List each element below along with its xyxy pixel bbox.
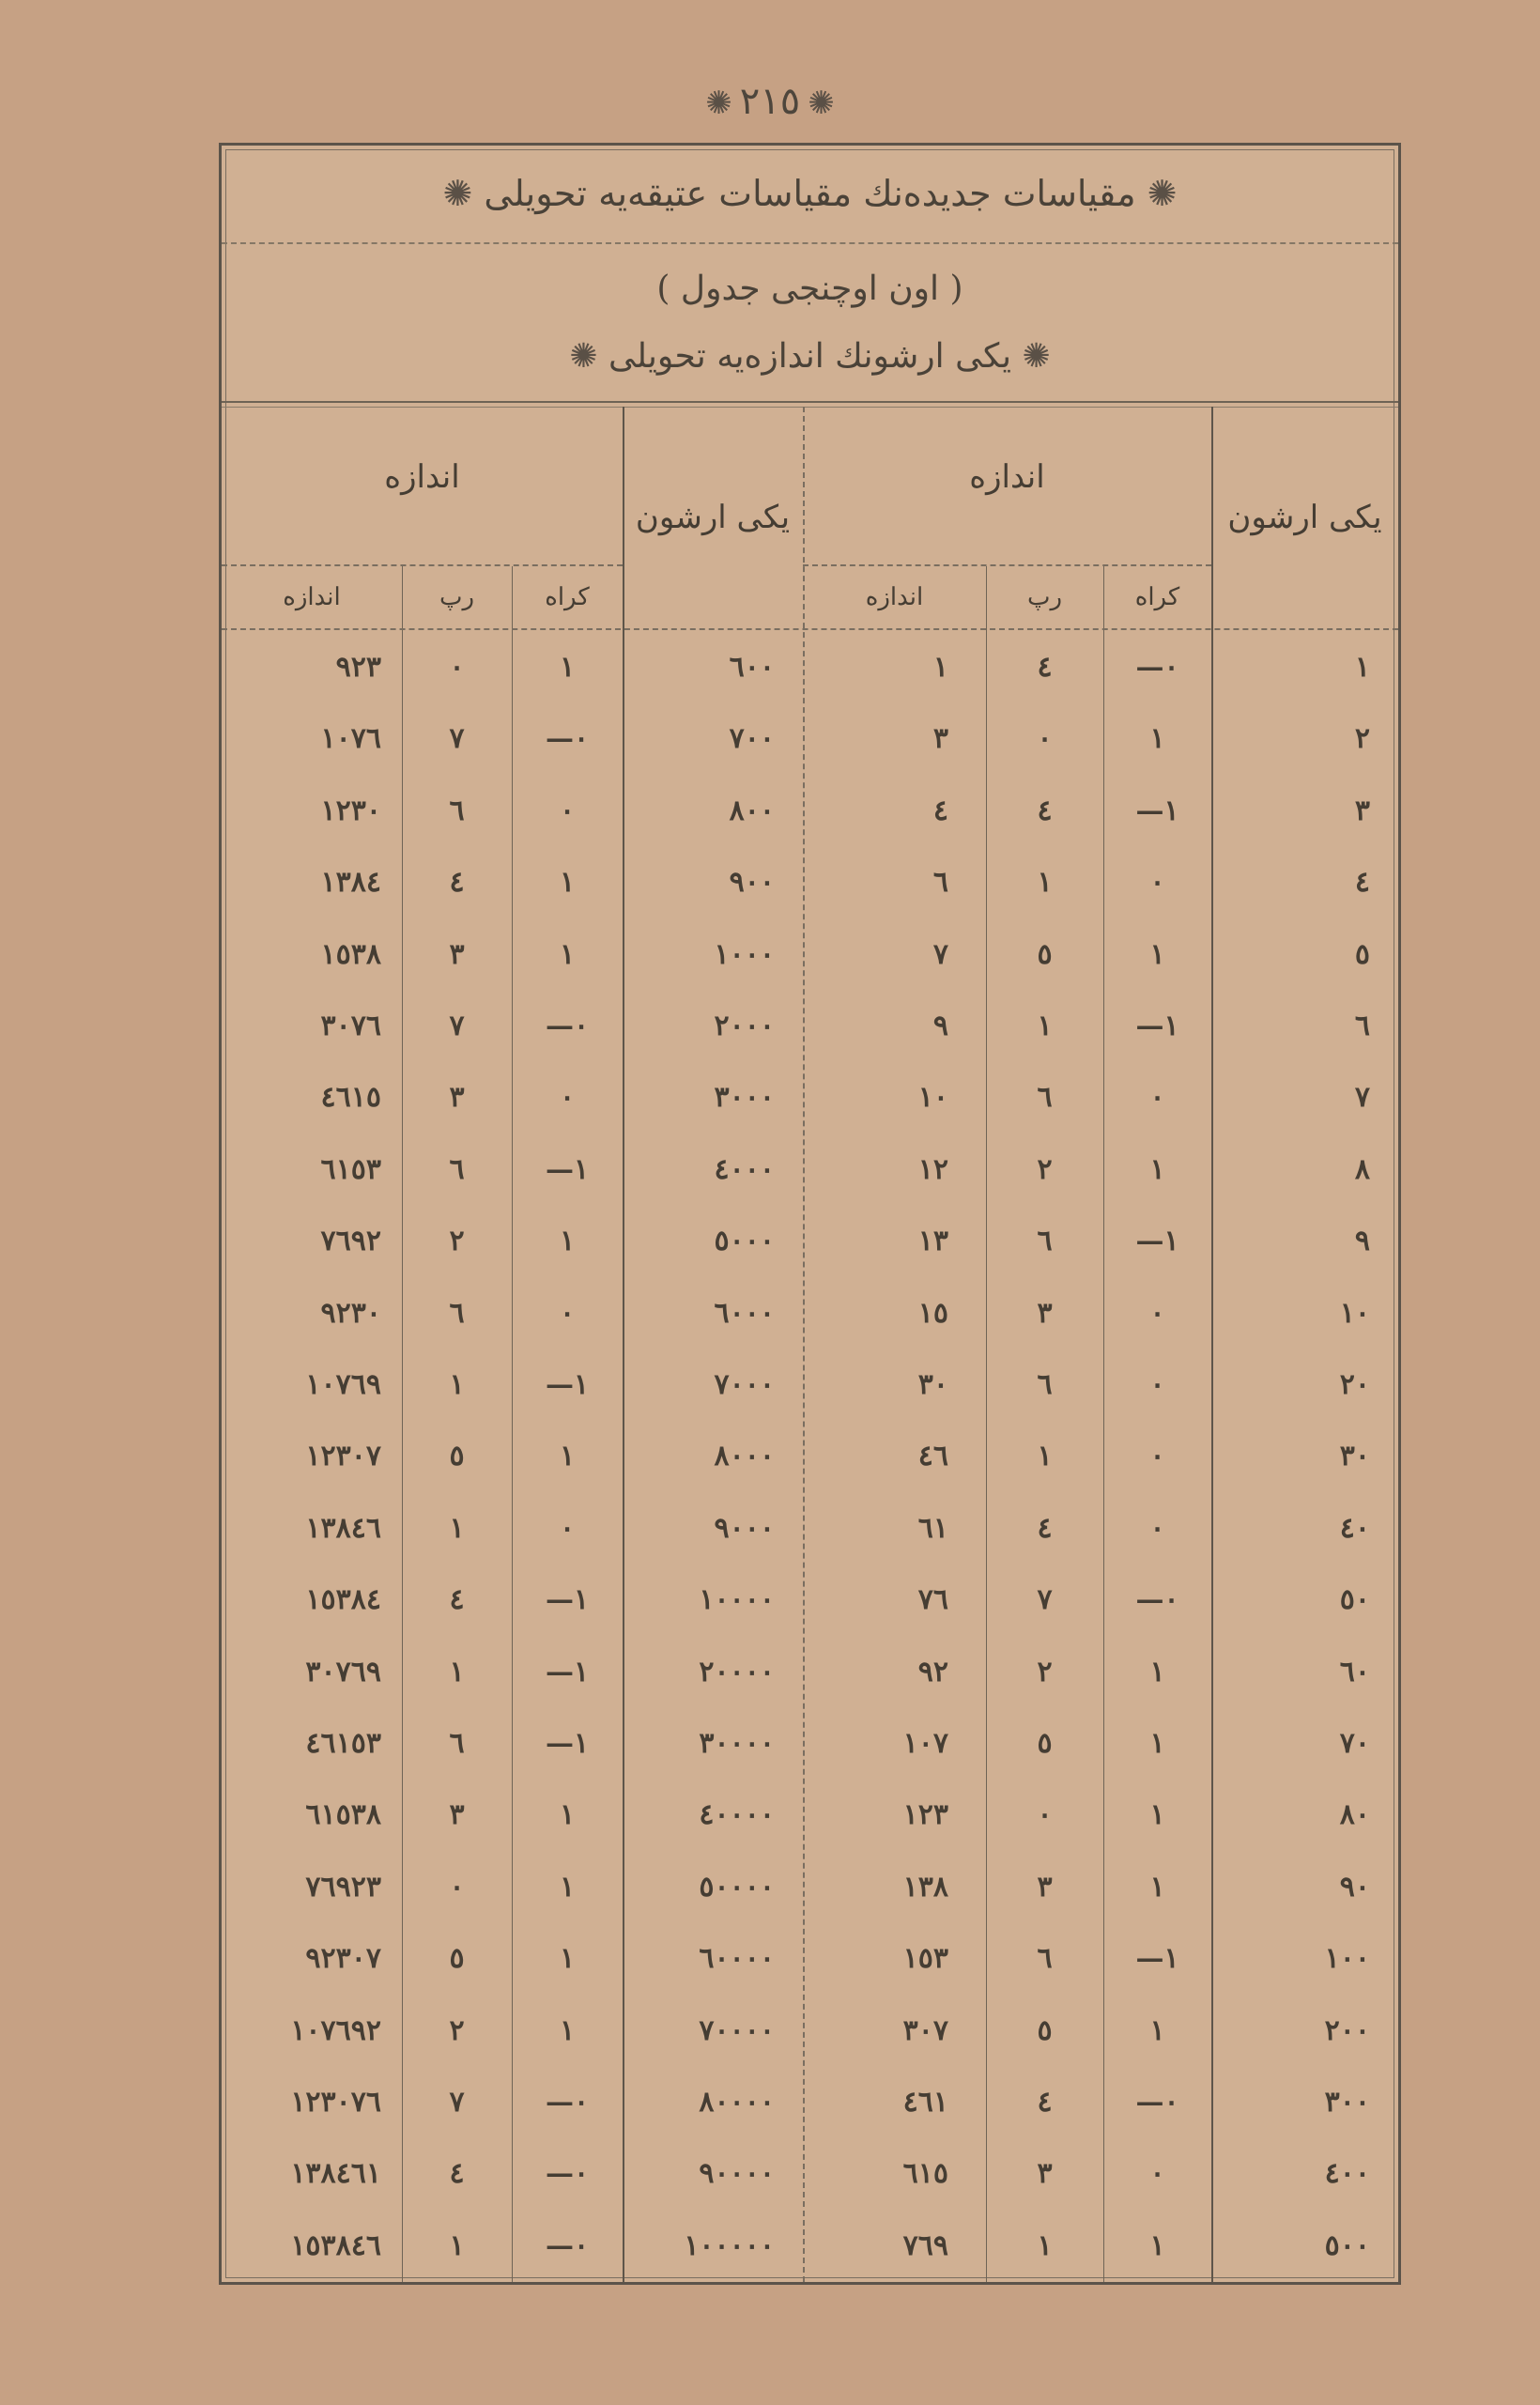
cell-l-rup: ٣ xyxy=(402,1062,512,1133)
cell-r-key: ٢٠ xyxy=(1221,1349,1370,1421)
cell-l-endaze: ٩٢٣ xyxy=(231,632,381,703)
header-arshun-right: يكى ارشون xyxy=(1211,407,1398,628)
cell-r-kerah: ١ xyxy=(1103,1708,1211,1780)
cell-l-endaze: ١٥٣٨٤ xyxy=(231,1565,381,1636)
cell-r-key: ٥ xyxy=(1221,919,1370,991)
cell-r-key: ٣٠ xyxy=(1221,1421,1370,1492)
cell-r-kerah: ١— xyxy=(1103,1206,1211,1277)
column-divider xyxy=(803,407,805,2282)
cell-r-rup: ٣ xyxy=(986,1852,1103,1923)
cell-l-key: ٣٠٠٠٠ xyxy=(636,1708,775,1780)
cell-r-rup: ٣ xyxy=(986,1278,1103,1349)
cell-r-kerah: ٠ xyxy=(1103,1278,1211,1349)
cell-r-kerah: ٠ xyxy=(1103,1349,1211,1421)
cell-l-kerah: ١ xyxy=(512,1923,623,1995)
cell-r-kerah: ١ xyxy=(1103,1637,1211,1708)
ornament-icon: ✺ xyxy=(705,85,732,122)
cell-l-kerah: ١ xyxy=(512,632,623,703)
cell-r-rup: ٠ xyxy=(986,1780,1103,1851)
cell-r-rup: ٥ xyxy=(986,1996,1103,2067)
cell-l-key: ٤٠٠٠٠ xyxy=(636,1780,775,1851)
cell-r-rup: ٤ xyxy=(986,632,1103,703)
cell-l-key: ٨٠٠ xyxy=(636,776,775,847)
page-number-value: ٢١٥ xyxy=(740,80,800,123)
cell-r-kerah: ٠— xyxy=(1103,632,1211,703)
cell-l-key: ٩٠٠٠٠ xyxy=(636,2138,775,2210)
cell-r-rup: ٠ xyxy=(986,703,1103,775)
cell-l-endaze: ٧٦٩٢٣ xyxy=(231,1852,381,1923)
cell-l-endaze: ٦١٥٣٨ xyxy=(231,1780,381,1851)
ornament-icon: ✺ xyxy=(1022,337,1050,376)
column-divider xyxy=(1211,407,1213,2282)
cell-r-kerah: ٠ xyxy=(1103,2138,1211,2210)
cell-r-kerah: ٠ xyxy=(1103,1421,1211,1492)
cell-r-endaze: ١٠٧ xyxy=(812,1708,948,1780)
cell-l-kerah: ٠— xyxy=(512,991,623,1062)
cell-l-key: ١٠٠٠٠٠ xyxy=(636,2211,775,2282)
cell-r-endaze: ١٣٨ xyxy=(812,1852,948,1923)
cell-l-endaze: ١٠٧٦ xyxy=(231,703,381,775)
cell-r-endaze: ١ xyxy=(812,632,948,703)
cell-l-kerah: ٠ xyxy=(512,1493,623,1565)
cell-l-kerah: ١ xyxy=(512,1206,623,1277)
cell-r-key: ٦٠ xyxy=(1221,1637,1370,1708)
table-title-text: يكى ارشونك اندازه‌يه تحويلى xyxy=(608,337,1011,376)
cell-r-endaze: ١٥٣ xyxy=(812,1923,948,1995)
cell-r-key: ٩ xyxy=(1221,1206,1370,1277)
subheader-kerah-left: كراه xyxy=(512,566,623,628)
cell-l-rup: ٧ xyxy=(402,991,512,1062)
column-header-divider xyxy=(222,628,1398,630)
cell-l-kerah: ١ xyxy=(512,1852,623,1923)
cell-l-endaze: ٧٦٩٢ xyxy=(231,1206,381,1277)
cell-r-rup: ٤ xyxy=(986,1493,1103,1565)
ornament-icon: ✺ xyxy=(569,337,597,376)
cell-r-kerah: ١ xyxy=(1103,1134,1211,1206)
cell-r-key: ٨ xyxy=(1221,1134,1370,1206)
cell-r-kerah: ١— xyxy=(1103,991,1211,1062)
cell-r-key: ٤ xyxy=(1221,847,1370,918)
cell-r-key: ١ xyxy=(1221,632,1370,703)
cell-l-endaze: ٩٢٣٠٧ xyxy=(231,1923,381,1995)
cell-r-key: ١٠٠ xyxy=(1221,1923,1370,1995)
cell-r-rup: ١ xyxy=(986,847,1103,918)
cell-r-kerah: ١ xyxy=(1103,2211,1211,2282)
cell-l-kerah: ٠— xyxy=(512,2138,623,2210)
cell-r-endaze: ٤٦ xyxy=(812,1421,948,1492)
subheader-rup-right: رپ xyxy=(986,566,1103,628)
cell-r-endaze: ٤ xyxy=(812,776,948,847)
cell-l-endaze: ٤٦١٥ xyxy=(231,1062,381,1133)
cell-l-key: ٦٠٠٠٠ xyxy=(636,1923,775,1995)
header-endaze-left: اندازه xyxy=(222,407,623,564)
cell-l-endaze: ٣٠٧٦ xyxy=(231,991,381,1062)
cell-l-key: ٣٠٠٠ xyxy=(636,1062,775,1133)
cell-l-key: ٧٠٠٠ xyxy=(636,1349,775,1421)
cell-r-rup: ١ xyxy=(986,991,1103,1062)
cell-r-key: ٤٠ xyxy=(1221,1493,1370,1565)
cell-r-rup: ٥ xyxy=(986,1708,1103,1780)
cell-l-key: ١٠٠٠٠ xyxy=(636,1565,775,1636)
cell-l-rup: ٣ xyxy=(402,919,512,991)
cell-r-kerah: ٠— xyxy=(1103,1565,1211,1636)
cell-r-rup: ٣ xyxy=(986,2138,1103,2210)
cell-r-endaze: ١٠ xyxy=(812,1062,948,1133)
cell-l-endaze: ٦١٥٣ xyxy=(231,1134,381,1206)
cell-r-kerah: ٠ xyxy=(1103,1062,1211,1133)
cell-r-endaze: ٤٦١ xyxy=(812,2067,948,2138)
cell-r-kerah: ١ xyxy=(1103,1780,1211,1851)
cell-r-endaze: ١٣ xyxy=(812,1206,948,1277)
cell-r-endaze: ٣٠٧ xyxy=(812,1996,948,2067)
cell-l-kerah: ١ xyxy=(512,847,623,918)
cell-r-rup: ٥ xyxy=(986,919,1103,991)
cell-l-rup: ٥ xyxy=(402,1421,512,1492)
cell-r-endaze: ٧٦ xyxy=(812,1565,948,1636)
cell-l-key: ٢٠٠٠٠ xyxy=(636,1637,775,1708)
cell-r-rup: ٤ xyxy=(986,776,1103,847)
ornament-icon: ✺ xyxy=(808,85,835,122)
cell-r-rup: ١ xyxy=(986,1421,1103,1492)
cell-l-kerah: ١ xyxy=(512,1421,623,1492)
column-divider xyxy=(623,407,624,2282)
ornament-icon: ✺ xyxy=(1147,173,1178,214)
cell-l-key: ٥٠٠٠٠ xyxy=(636,1852,775,1923)
cell-r-rup: ١ xyxy=(986,2211,1103,2282)
cell-l-kerah: ١— xyxy=(512,1637,623,1708)
cell-r-kerah: ٠ xyxy=(1103,847,1211,918)
cell-l-key: ١٠٠٠ xyxy=(636,919,775,991)
header-arshun-left: يكى ارشون xyxy=(623,407,803,628)
subheader-endaze-left: اندازه xyxy=(222,566,402,628)
cell-r-key: ٢٠٠ xyxy=(1221,1996,1370,2067)
cell-l-kerah: ٠— xyxy=(512,2211,623,2282)
cell-l-rup: ١ xyxy=(402,1493,512,1565)
cell-l-kerah: ٠— xyxy=(512,703,623,775)
table-title: ✺ يكى ارشونك اندازه‌يه تحويلى ✺ xyxy=(222,315,1398,404)
cell-l-endaze: ١٥٣٨٤٦ xyxy=(231,2211,381,2282)
cell-r-key: ٢ xyxy=(1221,703,1370,775)
cell-l-endaze: ٩٢٣٠ xyxy=(231,1278,381,1349)
cell-l-endaze: ١٣٨٤٦ xyxy=(231,1493,381,1565)
cell-l-rup: ٦ xyxy=(402,1134,512,1206)
cell-l-kerah: ٠ xyxy=(512,1278,623,1349)
cell-r-key: ٥٠٠ xyxy=(1221,2211,1370,2282)
cell-l-rup: ٤ xyxy=(402,1565,512,1636)
cell-r-key: ٨٠ xyxy=(1221,1780,1370,1851)
cell-l-rup: ١ xyxy=(402,2211,512,2282)
cell-r-endaze: ٧٦٩ xyxy=(812,2211,948,2282)
cell-r-key: ٩٠ xyxy=(1221,1852,1370,1923)
cell-l-rup: ٤ xyxy=(402,2138,512,2210)
cell-l-kerah: ١ xyxy=(512,919,623,991)
cell-r-rup: ٢ xyxy=(986,1134,1103,1206)
cell-l-rup: ٦ xyxy=(402,1708,512,1780)
cell-r-endaze: ٩٢ xyxy=(812,1637,948,1708)
cell-l-key: ٥٠٠٠ xyxy=(636,1206,775,1277)
cell-l-endaze: ١٢٣٠ xyxy=(231,776,381,847)
cell-l-key: ٧٠٠ xyxy=(636,703,775,775)
subheader-kerah-right: كراه xyxy=(1103,566,1211,628)
cell-l-kerah: ١— xyxy=(512,1134,623,1206)
cell-l-rup: ٦ xyxy=(402,1278,512,1349)
cell-l-kerah: ١— xyxy=(512,1565,623,1636)
cell-r-kerah: ١— xyxy=(1103,776,1211,847)
conversion-table: ✺ مقياسات جديده‌نك مقياسات عتيقه‌يه تحوي… xyxy=(219,143,1401,2285)
cell-r-endaze: ٦١ xyxy=(812,1493,948,1565)
cell-r-key: ١٠ xyxy=(1221,1278,1370,1349)
page-title-text: مقياسات جديده‌نك مقياسات عتيقه‌يه تحويلى xyxy=(484,173,1135,214)
cell-l-rup: ٧ xyxy=(402,703,512,775)
cell-l-endaze: ١٠٧٦٩ xyxy=(231,1349,381,1421)
cell-l-kerah: ٠ xyxy=(512,1062,623,1133)
cell-l-endaze: ١٣٨٤٦١ xyxy=(231,2138,381,2210)
page-title: ✺ مقياسات جديده‌نك مقياسات عتيقه‌يه تحوي… xyxy=(222,146,1398,244)
cell-r-kerah: ١ xyxy=(1103,1852,1211,1923)
cell-l-rup: ٢ xyxy=(402,1206,512,1277)
cell-r-endaze: ٧ xyxy=(812,919,948,991)
cell-l-endaze: ١٢٣٠٧ xyxy=(231,1421,381,1492)
cell-r-rup: ٤ xyxy=(986,2067,1103,2138)
cell-l-endaze: ١٣٨٤ xyxy=(231,847,381,918)
cell-l-endaze: ١٥٣٨ xyxy=(231,919,381,991)
cell-r-endaze: ٦ xyxy=(812,847,948,918)
cell-l-endaze: ١٠٧٦٩٢ xyxy=(231,1996,381,2067)
cell-r-key: ٣ xyxy=(1221,776,1370,847)
cell-l-key: ٤٠٠٠ xyxy=(636,1134,775,1206)
cell-r-key: ٦ xyxy=(1221,991,1370,1062)
cell-l-kerah: ٠— xyxy=(512,2067,623,2138)
cell-r-endaze: ١٥ xyxy=(812,1278,948,1349)
cell-l-kerah: ١ xyxy=(512,1996,623,2067)
cell-r-key: ٤٠٠ xyxy=(1221,2138,1370,2210)
header-endaze-right: اندازه xyxy=(803,407,1211,564)
cell-r-rup: ٧ xyxy=(986,1565,1103,1636)
cell-r-rup: ٦ xyxy=(986,1062,1103,1133)
subheader-rup-left: رپ xyxy=(402,566,512,628)
cell-l-rup: ٣ xyxy=(402,1780,512,1851)
cell-r-rup: ٦ xyxy=(986,1206,1103,1277)
cell-l-rup: ١ xyxy=(402,1637,512,1708)
cell-l-key: ٦٠٠ xyxy=(636,632,775,703)
cell-r-rup: ٦ xyxy=(986,1349,1103,1421)
cell-l-rup: ٢ xyxy=(402,1996,512,2067)
cell-r-kerah: ١ xyxy=(1103,703,1211,775)
cell-l-endaze: ١٢٣٠٧٦ xyxy=(231,2067,381,2138)
cell-l-key: ٢٠٠٠ xyxy=(636,991,775,1062)
cell-r-rup: ٦ xyxy=(986,1923,1103,1995)
table-grid: اندازهيكى ارشوناندازهيكى ارشوناندازهرپكر… xyxy=(222,407,1398,2282)
cell-l-key: ٦٠٠٠ xyxy=(636,1278,775,1349)
cell-l-kerah: ١ xyxy=(512,1780,623,1851)
cell-r-endaze: ٣٠ xyxy=(812,1349,948,1421)
cell-l-key: ٩٠٠ xyxy=(636,847,775,918)
cell-r-key: ٣٠٠ xyxy=(1221,2067,1370,2138)
cell-r-endaze: ١٢٣ xyxy=(812,1780,948,1851)
cell-r-endaze: ٩ xyxy=(812,991,948,1062)
cell-r-key: ٧٠ xyxy=(1221,1708,1370,1780)
page-number: ✺٢١٥✺ xyxy=(0,73,1540,130)
cell-r-kerah: ٠— xyxy=(1103,2067,1211,2138)
cell-l-key: ٧٠٠٠٠ xyxy=(636,1996,775,2067)
cell-l-rup: ٠ xyxy=(402,632,512,703)
cell-r-rup: ٢ xyxy=(986,1637,1103,1708)
cell-l-rup: ٦ xyxy=(402,776,512,847)
cell-r-kerah: ١— xyxy=(1103,1923,1211,1995)
cell-l-rup: ٧ xyxy=(402,2067,512,2138)
cell-l-kerah: ١— xyxy=(512,1708,623,1780)
cell-r-endaze: ٦١٥ xyxy=(812,2138,948,2210)
cell-r-key: ٧ xyxy=(1221,1062,1370,1133)
cell-l-key: ٨٠٠٠٠ xyxy=(636,2067,775,2138)
cell-l-key: ٩٠٠٠ xyxy=(636,1493,775,1565)
cell-l-kerah: ٠ xyxy=(512,776,623,847)
ornament-icon: ✺ xyxy=(442,173,472,214)
cell-r-kerah: ١ xyxy=(1103,919,1211,991)
cell-l-rup: ١ xyxy=(402,1349,512,1421)
subheader-endaze-right: اندازه xyxy=(803,566,986,628)
cell-r-key: ٥٠ xyxy=(1221,1565,1370,1636)
cell-r-endaze: ١٢ xyxy=(812,1134,948,1206)
cell-r-kerah: ١ xyxy=(1103,1996,1211,2067)
cell-l-endaze: ٣٠٧٦٩ xyxy=(231,1637,381,1708)
cell-l-rup: ٤ xyxy=(402,847,512,918)
cell-l-rup: ٥ xyxy=(402,1923,512,1995)
cell-r-endaze: ٣ xyxy=(812,703,948,775)
cell-l-key: ٨٠٠٠ xyxy=(636,1421,775,1492)
cell-l-rup: ٠ xyxy=(402,1852,512,1923)
cell-l-endaze: ٤٦١٥٣ xyxy=(231,1708,381,1780)
cell-l-kerah: ١— xyxy=(512,1349,623,1421)
cell-r-kerah: ٠ xyxy=(1103,1493,1211,1565)
